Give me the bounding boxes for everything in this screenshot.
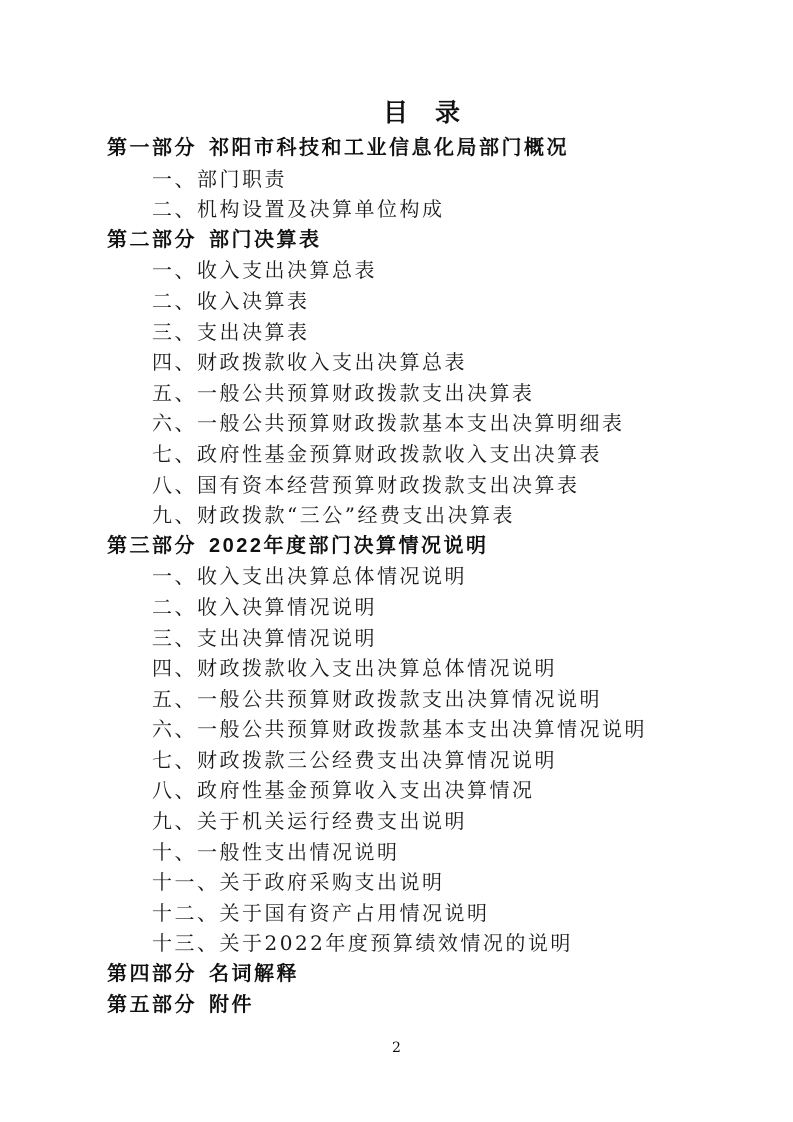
toc-part-heading: 第五部分附件	[107, 990, 763, 1021]
toc-item: 七、政府性基金预算财政拨款收入支出决算表	[107, 439, 763, 470]
page-title: 目 录	[107, 96, 737, 130]
toc-part-title: 附件	[209, 994, 254, 1016]
toc-item: 一、收入支出决算总体情况说明	[107, 561, 763, 592]
toc-item: 五、一般公共预算财政拨款支出决算表	[107, 378, 763, 409]
table-of-contents: 第一部分祁阳市科技和工业信息化局部门概况一、部门职责二、机构设置及决算单位构成第…	[107, 133, 763, 1020]
toc-part-label: 第二部分	[107, 229, 197, 251]
toc-item: 三、支出决算情况说明	[107, 623, 763, 654]
toc-part-label: 第五部分	[107, 994, 197, 1016]
toc-item: 九、财政拨款“三公”经费支出决算表	[107, 500, 763, 531]
toc-part-heading: 第一部分祁阳市科技和工业信息化局部门概况	[107, 133, 763, 164]
toc-part-title: 祁阳市科技和工业信息化局部门概况	[209, 137, 569, 159]
toc-item: 八、政府性基金预算收入支出决算情况	[107, 775, 763, 806]
toc-item: 一、收入支出决算总表	[107, 255, 763, 286]
toc-part-title: 2022年度部门决算情况说明	[209, 535, 489, 557]
toc-item: 三、支出决算表	[107, 317, 763, 348]
toc-item: 七、财政拨款三公经费支出决算情况说明	[107, 745, 763, 776]
toc-part-title: 部门决算表	[209, 229, 322, 251]
toc-item: 一、部门职责	[107, 164, 763, 195]
toc-item: 二、机构设置及决算单位构成	[107, 194, 763, 225]
toc-item: 九、关于机关运行经费支出说明	[107, 806, 763, 837]
toc-part-heading: 第三部分2022年度部门决算情况说明	[107, 531, 763, 562]
toc-item: 四、财政拨款收入支出决算总体情况说明	[107, 653, 763, 684]
toc-item: 六、一般公共预算财政拨款基本支出决算情况说明	[107, 714, 763, 745]
toc-item: 六、一般公共预算财政拨款基本支出决算明细表	[107, 408, 763, 439]
toc-item: 二、收入决算情况说明	[107, 592, 763, 623]
toc-part-label: 第四部分	[107, 963, 197, 985]
page-number: 2	[0, 1040, 793, 1057]
toc-item: 十三、关于2022年度预算绩效情况的说明	[107, 928, 763, 959]
document-page: 目 录 第一部分祁阳市科技和工业信息化局部门概况一、部门职责二、机构设置及决算单…	[0, 0, 793, 1122]
toc-item: 十、一般性支出情况说明	[107, 837, 763, 868]
toc-item: 四、财政拨款收入支出决算总表	[107, 347, 763, 378]
toc-part-title: 名词解释	[209, 963, 299, 985]
toc-item: 十二、关于国有资产占用情况说明	[107, 898, 763, 929]
toc-item: 五、一般公共预算财政拨款支出决算情况说明	[107, 684, 763, 715]
toc-part-label: 第一部分	[107, 137, 197, 159]
toc-item: 二、收入决算表	[107, 286, 763, 317]
toc-item: 十一、关于政府采购支出说明	[107, 867, 763, 898]
toc-part-heading: 第四部分名词解释	[107, 959, 763, 990]
toc-part-heading: 第二部分部门决算表	[107, 225, 763, 256]
toc-part-label: 第三部分	[107, 535, 197, 557]
toc-item: 八、国有资本经营预算财政拨款支出决算表	[107, 470, 763, 501]
